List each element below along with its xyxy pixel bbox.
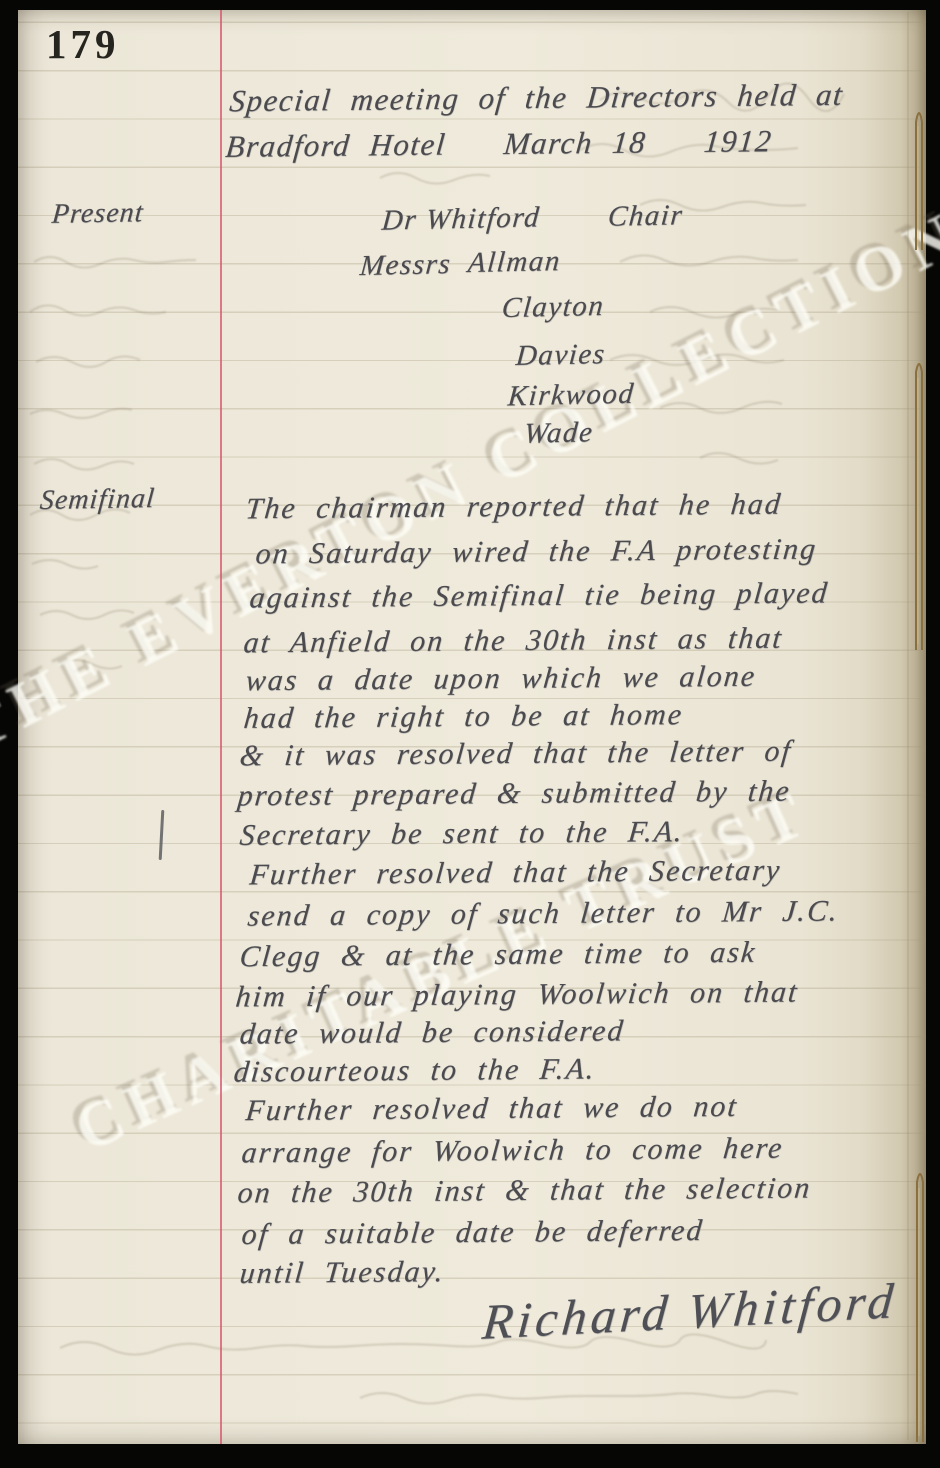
binding-threads (0, 0, 940, 1468)
page-content: THE EVERTON COLLECTION CHARITABLE TRUST … (0, 0, 940, 1468)
binding-thread-strokes (908, 12, 923, 1442)
scanned-minute-book-photo: THE EVERTON COLLECTION CHARITABLE TRUST … (0, 0, 940, 1468)
